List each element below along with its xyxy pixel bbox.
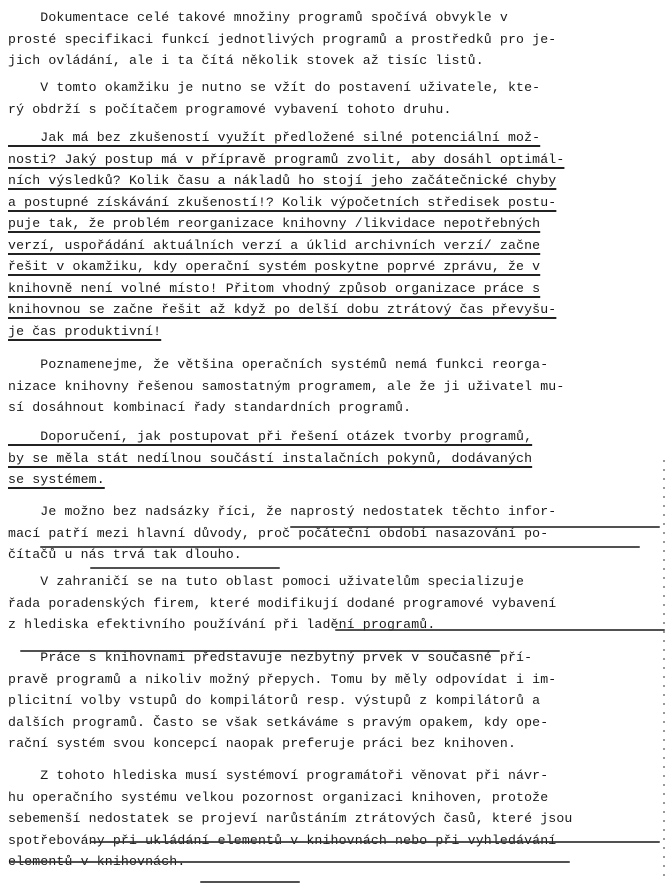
text-line: a postupné získávání zkušeností!? Kolik … [8, 193, 556, 213]
text-line: ních výsledků? Kolik času a nákladů ho s… [8, 171, 556, 191]
text-line: V zahraničí se na tuto oblast pomoci uži… [8, 572, 524, 592]
text-line: nosti? Jaký postup má v přípravě program… [8, 150, 564, 170]
text-line: řada poradenských firem, které modifikuj… [8, 594, 556, 614]
typewritten-page: Dokumentace celé takové množiny programů… [0, 0, 669, 894]
text-line: plicitní volby vstupů do kompilátorů res… [8, 691, 540, 711]
text-line: by se měla stát nedílnou součástí instal… [8, 449, 532, 469]
handwritten-underline [90, 567, 280, 569]
handwritten-underline [10, 861, 570, 863]
text-line: Poznamenejme, že většina operačních syst… [8, 355, 548, 375]
text-line: rační systém svou koncepcí naopak prefer… [8, 734, 516, 754]
text-line: je čas produktivní! [8, 322, 161, 342]
text-line: V tomto okamžiku je nutno se vžít do pos… [8, 78, 540, 98]
text-line: se systémem. [8, 470, 105, 490]
text-line: pravě programů a nikoliv možný přepych. … [8, 670, 556, 690]
handwritten-underline [90, 841, 660, 843]
text-line: jich ovládání, ale i ta čítá několik sto… [8, 51, 484, 71]
text-line: Jak má bez zkušeností využít předložené … [8, 128, 540, 148]
text-line: knihovnou se začne řešit až když po delš… [8, 300, 556, 320]
text-line: řešit v okamžiku, kdy operační systém po… [8, 257, 540, 277]
text-line: čítačů u nás trvá tak dlouho. [8, 545, 242, 565]
text-line: Z tohoto hlediska musí systémoví program… [8, 766, 548, 786]
text-line: hu operačního systému velkou pozornost o… [8, 788, 548, 808]
text-line: z hlediska efektivního používání při lad… [8, 615, 435, 635]
scan-edge-artifact [663, 460, 665, 880]
handwritten-underline [200, 881, 300, 883]
text-line: rý obdrží s počítačem programové vybaven… [8, 100, 452, 120]
text-line: puje tak, že problém reorganizace knihov… [8, 214, 540, 234]
text-line: sebemenší nedostatek se projeví narůstán… [8, 809, 572, 829]
text-line: sí dosáhnout kombinací řady standardních… [8, 398, 411, 418]
text-line: prosté specifikaci funkcí jednotlivých p… [8, 30, 556, 50]
text-line: Dokumentace celé takové množiny programů… [8, 8, 508, 28]
handwritten-underline [40, 546, 640, 548]
handwritten-underline [335, 629, 665, 631]
handwritten-underline [20, 650, 500, 652]
text-line: dalších programů. Často se však setkávám… [8, 713, 548, 733]
text-line: nizace knihovny řešenou samostatným prog… [8, 377, 564, 397]
text-line: verzí, uspořádání aktuálních verzí a úkl… [8, 236, 540, 256]
text-line: Je možno bez nadsázky říci, že naprostý … [8, 502, 556, 522]
handwritten-underline [290, 526, 660, 528]
text-line: knihovně není volné místo! Přitom vhodný… [8, 279, 540, 299]
text-line: Doporučení, jak postupovat při řešení ot… [8, 427, 532, 447]
